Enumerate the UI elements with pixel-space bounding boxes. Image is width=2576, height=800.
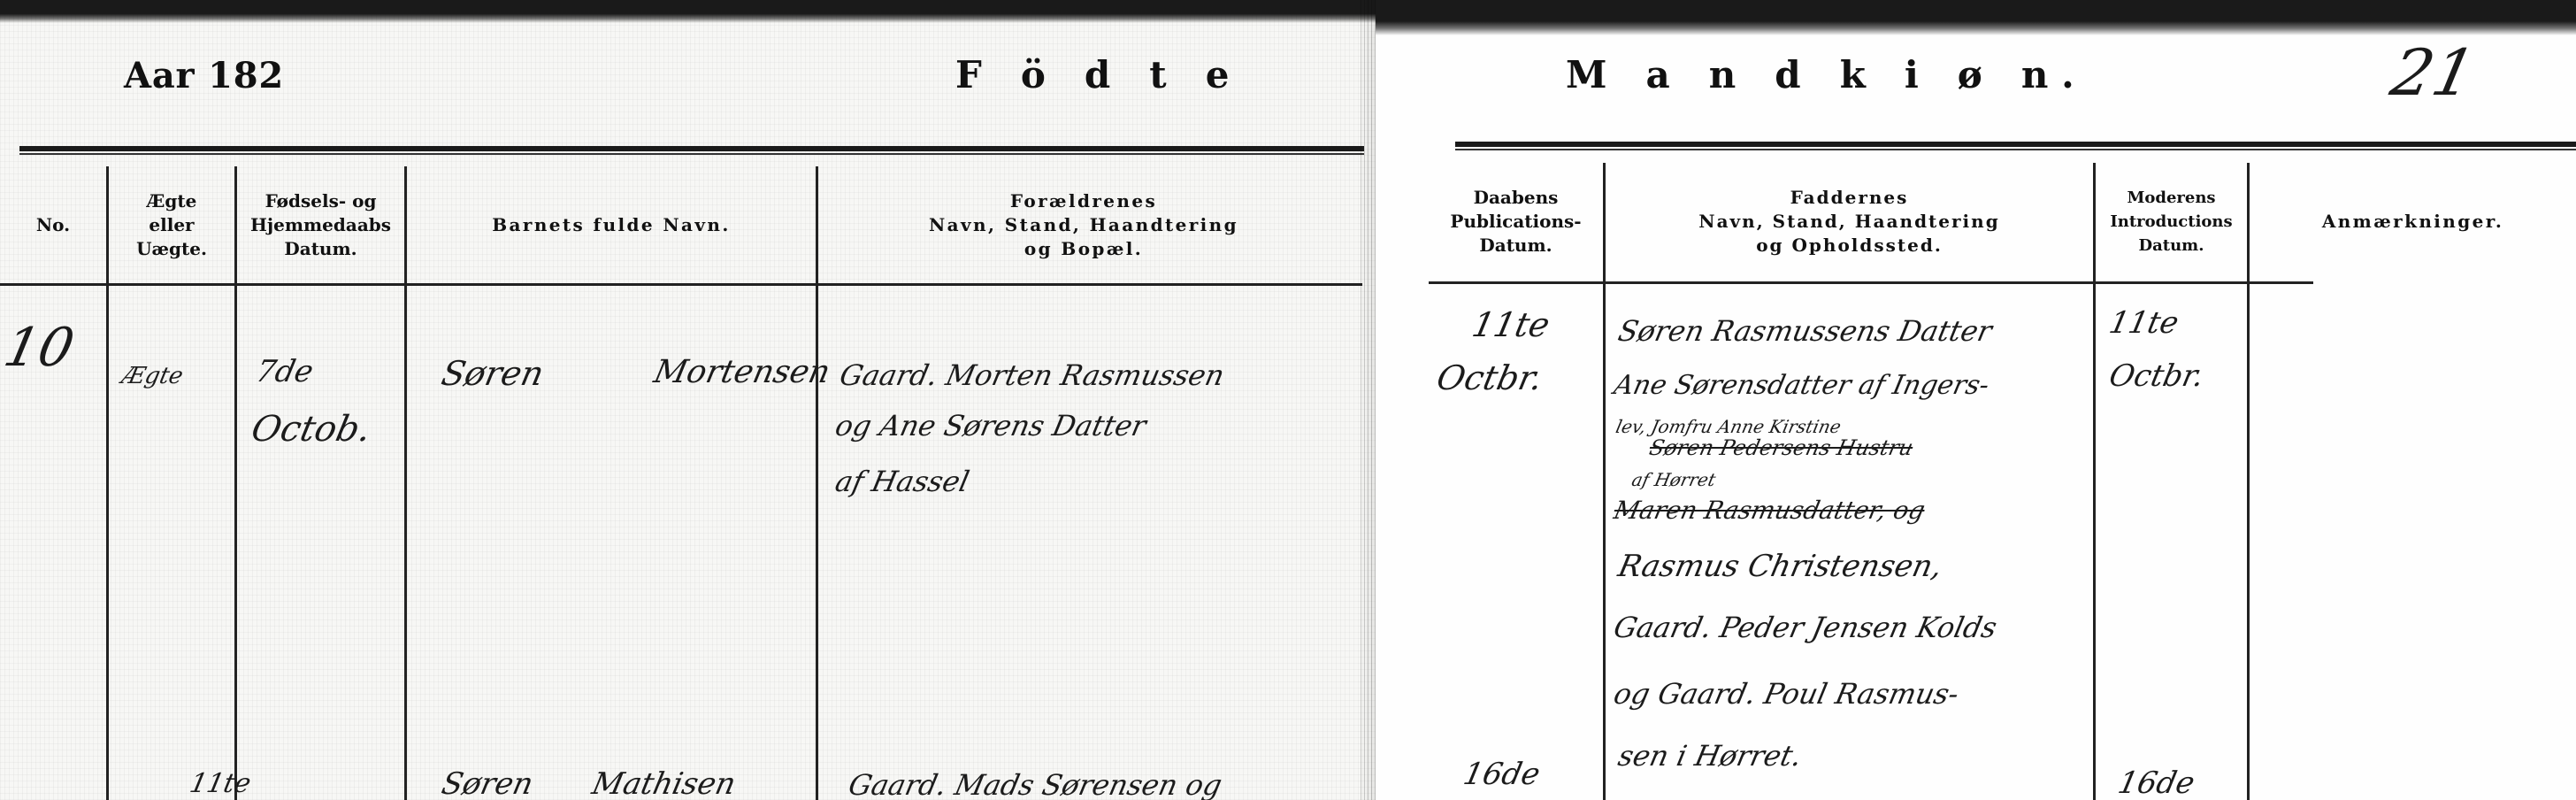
birth-month: Octob. xyxy=(248,409,374,450)
header-text: og Bopæl. xyxy=(1024,237,1143,261)
mother-introduction-day: 16de xyxy=(2115,765,2198,800)
header-text: Uægte. xyxy=(136,237,207,261)
header-text: Navn, Stand, Haandtering xyxy=(929,213,1238,237)
godparent-line-struck: Søren Pedersens Hustru xyxy=(1647,435,1915,460)
legitimacy-value: Ægte xyxy=(119,363,186,389)
year-label: Aar 182 xyxy=(124,55,284,96)
godparent-line-struck: Maren Rasmusdatter, og xyxy=(1611,496,1928,525)
child-first-name: Søren xyxy=(439,766,537,800)
birth-day: 11te xyxy=(187,768,253,799)
page-top-edge xyxy=(1376,0,2576,35)
godparent-line: Rasmus Christensen, xyxy=(1615,549,1945,584)
header-text: Fødsels- og xyxy=(265,189,377,213)
baptism-day: 16de xyxy=(1460,757,1544,792)
header-top-rule xyxy=(19,146,1364,155)
header-text: Navn, Stand, Haandtering xyxy=(1698,210,1999,234)
child-surname: Mathisen xyxy=(589,766,740,800)
child-surname: Mortensen xyxy=(651,354,833,390)
record-number: 10 xyxy=(0,317,80,379)
column-header-legitimacy: Ægte eller Uægte. xyxy=(109,168,234,281)
godparent-line: lev, Jomfru Anne Kirstine xyxy=(1614,416,1843,437)
column-header-remarks: Anmærkninger. xyxy=(2250,165,2576,278)
header-text: Datum. xyxy=(1479,234,1552,258)
godparent-line: Gaard. Peder Jensen Kolds xyxy=(1611,611,2000,644)
godparent-line: og Gaard. Poul Rasmus- xyxy=(1611,677,1962,711)
header-text: Faddernes xyxy=(1790,186,1909,210)
column-header-birth-date: Fødsels- og Hjemmedaabs Datum. xyxy=(237,168,404,281)
column-header-godparents: Faddernes Navn, Stand, Haandtering og Op… xyxy=(1606,165,2093,278)
godparent-line: af Hørret xyxy=(1629,469,1717,490)
godparent-line: Søren Rasmussens Datter xyxy=(1615,314,1995,348)
parents-line: af Hassel xyxy=(832,465,972,498)
page-top-edge xyxy=(0,0,1376,23)
column-header-child-name: Barnets fulde Navn. xyxy=(407,168,816,281)
parents-line: Gaard. Morten Rasmussen xyxy=(837,358,1227,392)
header-text: Anmærkninger. xyxy=(2322,210,2503,234)
header-text: Hjemmedaabs xyxy=(250,213,391,237)
column-header-parents: Forældrenes Navn, Stand, Haandtering og … xyxy=(818,168,1349,281)
birth-day: 7de xyxy=(253,354,317,389)
header-bottom-rule xyxy=(1429,281,2313,284)
header-text: Publications- xyxy=(1450,210,1581,234)
child-first-name: Søren xyxy=(438,354,547,393)
parents-line: og Ane Sørens Datter xyxy=(832,409,1149,442)
header-text: Barnets fulde Navn. xyxy=(492,213,731,237)
parents-line: Gaard. Mads Sørensen og xyxy=(846,768,1225,800)
header-text: Introductions xyxy=(2110,210,2232,234)
right-page: M a n d k i ø n. 21 Daabens Publications… xyxy=(1376,0,2576,800)
column-header-mother-introduction: Moderens Introductions Datum. xyxy=(2096,165,2247,278)
section-title-births: F ö d t e xyxy=(955,53,1242,96)
header-text: Forældrenes xyxy=(1010,189,1157,213)
header-text: Ægte xyxy=(147,189,197,213)
column-header-no: No. xyxy=(0,168,106,281)
header-text: Moderens xyxy=(2127,186,2215,210)
header-text: Datum. xyxy=(284,237,356,261)
header-top-rule xyxy=(1455,142,2576,150)
baptism-day: 11te xyxy=(1468,305,1552,344)
header-bottom-rule xyxy=(0,283,1362,286)
header-text: Datum. xyxy=(2139,234,2204,258)
left-page: Aar 182 F ö d t e No. Ægte eller Uægte. … xyxy=(0,0,1376,800)
godparent-line: Ane Sørensdatter af Ingers- xyxy=(1611,370,1992,401)
header-text: og Opholdssted. xyxy=(1756,234,1943,258)
column-header-baptism-date: Daabens Publications- Datum. xyxy=(1429,165,1603,278)
godparent-line: sen i Hørret. xyxy=(1615,739,1805,773)
header-text: No. xyxy=(36,213,70,237)
section-title-male: M a n d k i ø n. xyxy=(1566,53,2087,96)
mother-introduction-day: 11te xyxy=(2106,305,2182,341)
page-number: 21 xyxy=(2385,35,2481,110)
header-text: Daabens xyxy=(1474,186,1559,210)
baptism-month: Octbr. xyxy=(1433,358,1545,397)
header-text: eller xyxy=(149,213,194,237)
mother-introduction-month: Octbr. xyxy=(2106,358,2207,394)
